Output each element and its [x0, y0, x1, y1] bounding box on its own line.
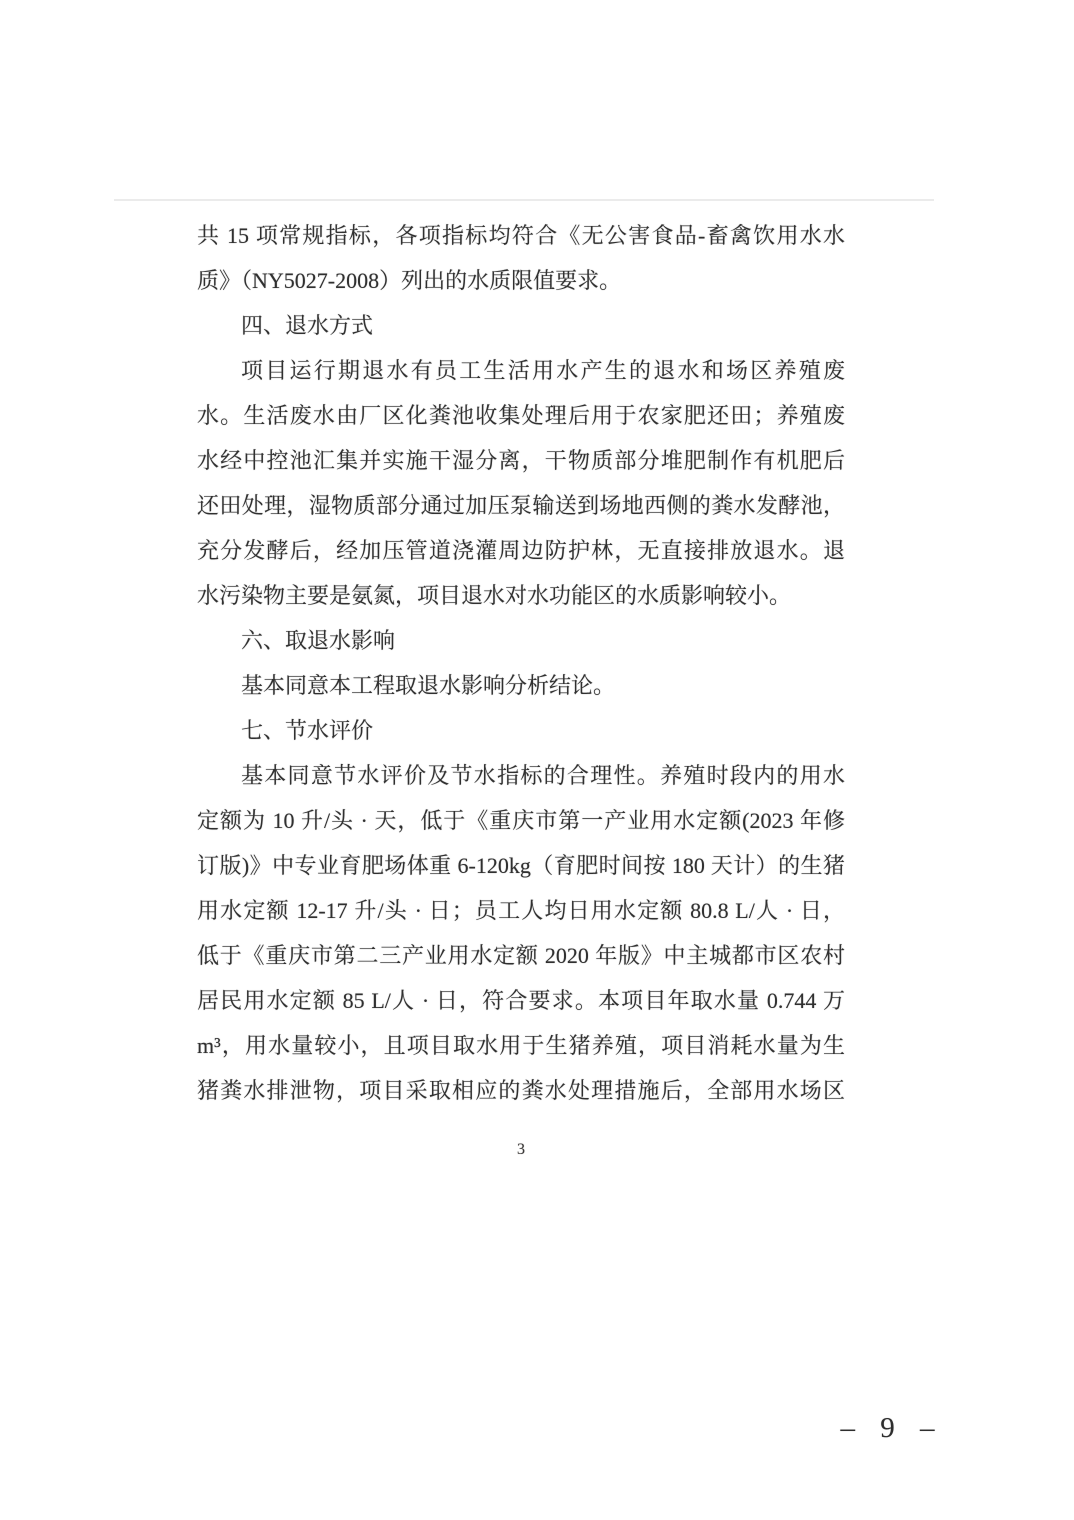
text-line: 水污染物主要是氨氮，项目退水对水功能区的水质影响较小。: [197, 573, 845, 618]
section-heading-six: 六、取退水影响: [197, 618, 845, 663]
scan-artifact-rule: [114, 199, 934, 201]
text-line: 订版)》中专业育肥场体重 6-120kg（育肥时间按 180 天计）的生猪: [197, 843, 845, 888]
text-line: 低于《重庆市第二三产业用水定额 2020 年版》中主城都市区农村: [197, 933, 845, 978]
text-line: 还田处理，湿物质部分通过加压泵输送到场地西侧的粪水发酵池，: [197, 483, 845, 528]
document-page: 共 15 项常规指标，各项指标均符合《无公害食品-畜禽饮用水水 质》（NY502…: [0, 0, 1074, 1520]
text-line: 质》（NY5027-2008）列出的水质限值要求。: [197, 258, 845, 303]
text-line: 用水定额 12-17 升/头 · 日；员工人均日用水定额 80.8 L/人 · …: [197, 888, 845, 933]
text-line: 水。生活废水由厂区化粪池收集处理后用于农家肥还田；养殖废: [197, 393, 845, 438]
text-line: 基本同意节水评价及节水指标的合理性。养殖时段内的用水: [197, 753, 845, 798]
text-line: 定额为 10 升/头 · 天，低于《重庆市第一产业用水定额(2023 年修: [197, 798, 845, 843]
text-line: 共 15 项常规指标，各项指标均符合《无公害食品-畜禽饮用水水: [197, 213, 845, 258]
section-heading-four: 四、退水方式: [197, 303, 845, 348]
page-number: – 9 –: [836, 1406, 946, 1451]
text-line: 水经中控池汇集并实施干湿分离，干物质部分堆肥制作有机肥后: [197, 438, 845, 483]
text-line: 项目运行期退水有员工生活用水产生的退水和场区养殖废: [197, 348, 845, 393]
text-line: 猪粪水排泄物，项目采取相应的粪水处理措施后，全部用水场区: [197, 1068, 845, 1113]
section-heading-seven: 七、节水评价: [197, 708, 845, 753]
text-line: 居民用水定额 85 L/人 · 日，符合要求。本项目年取水量 0.744 万: [197, 978, 845, 1023]
text-line: 充分发酵后，经加压管道浇灌周边防护林，无直接排放退水。退: [197, 528, 845, 573]
text-line: 基本同意本工程取退水影响分析结论。: [197, 663, 845, 708]
document-body: 共 15 项常规指标，各项指标均符合《无公害食品-畜禽饮用水水 质》（NY502…: [197, 213, 845, 1113]
footnote-number: 3: [197, 1136, 845, 1164]
text-line: m³，用水量较小，且项目取水用于生猪养殖，项目消耗水量为生: [197, 1023, 845, 1068]
